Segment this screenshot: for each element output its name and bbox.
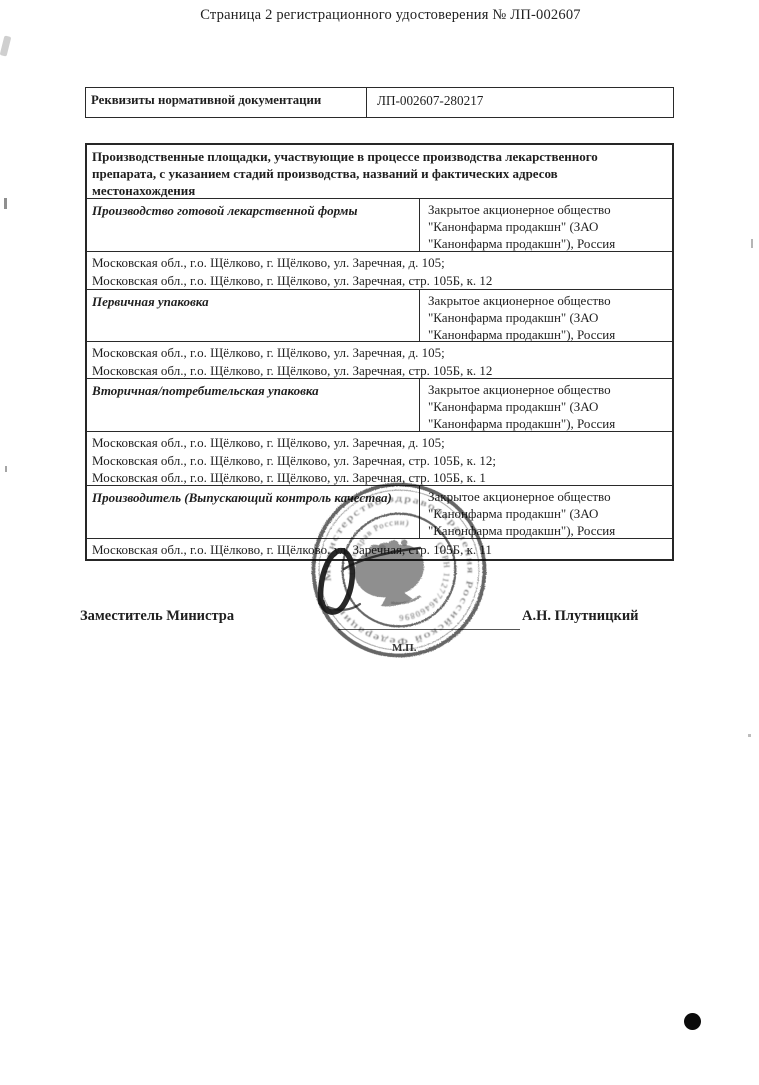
- address-row: Московская обл., г.о. Щёлково, г. Щёлков…: [87, 252, 672, 290]
- address-line: Московская обл., г.о. Щёлково, г. Щёлков…: [92, 272, 664, 290]
- scan-artifact: [751, 239, 753, 248]
- address-line: Московская обл., г.о. Щёлково, г. Щёлков…: [92, 362, 664, 379]
- scan-artifact: [748, 734, 751, 737]
- table-row: Первичная упаковка Закрытое акционерное …: [87, 290, 672, 342]
- stage-label: Первичная упаковка: [87, 290, 420, 341]
- production-table-title: Производственные площадки, участвующие в…: [87, 145, 672, 199]
- stage-label: Производство готовой лекарственной формы: [87, 199, 420, 251]
- scanned-document-page: Страница 2 регистрационного удостоверени…: [0, 0, 759, 1085]
- requisites-label: Реквизиты нормативной документации: [86, 88, 367, 117]
- scan-artifact: [5, 466, 7, 472]
- stage-label: Вторичная/потребительская упаковка: [87, 379, 420, 431]
- table-row: Вторичная/потребительская упаковка Закры…: [87, 379, 672, 432]
- address-line: Московская обл., г.о. Щёлково, г. Щёлков…: [92, 452, 664, 470]
- page-header: Страница 2 регистрационного удостоверени…: [0, 7, 759, 24]
- scan-artifact: [0, 35, 11, 56]
- address-row: Московская обл., г.о. Щёлково, г. Щёлков…: [87, 342, 672, 379]
- signer-position-title: Заместитель Министра: [80, 608, 234, 625]
- requisites-value: ЛП-002607-280217: [367, 88, 673, 117]
- company-cell: Закрытое акционерное общество "Канонфарм…: [420, 290, 672, 341]
- requisites-table: Реквизиты нормативной документации ЛП-00…: [85, 87, 674, 118]
- address-line: Московская обл., г.о. Щёлково, г. Щёлков…: [92, 434, 664, 452]
- signer-name: А.Н. Плутницкий: [522, 608, 639, 625]
- address-line: Московская обл., г.о. Щёлково, г. Щёлков…: [92, 254, 664, 272]
- scan-artifact: [4, 198, 7, 209]
- company-cell: Закрытое акционерное общество "Канонфарм…: [420, 199, 672, 251]
- table-row: Производство готовой лекарственной формы…: [87, 199, 672, 252]
- company-cell: Закрытое акционерное общество "Канонфарм…: [420, 379, 672, 431]
- address-line: Московская обл., г.о. Щёлково, г. Щёлков…: [92, 344, 664, 362]
- punch-hole-dot: [684, 1013, 701, 1030]
